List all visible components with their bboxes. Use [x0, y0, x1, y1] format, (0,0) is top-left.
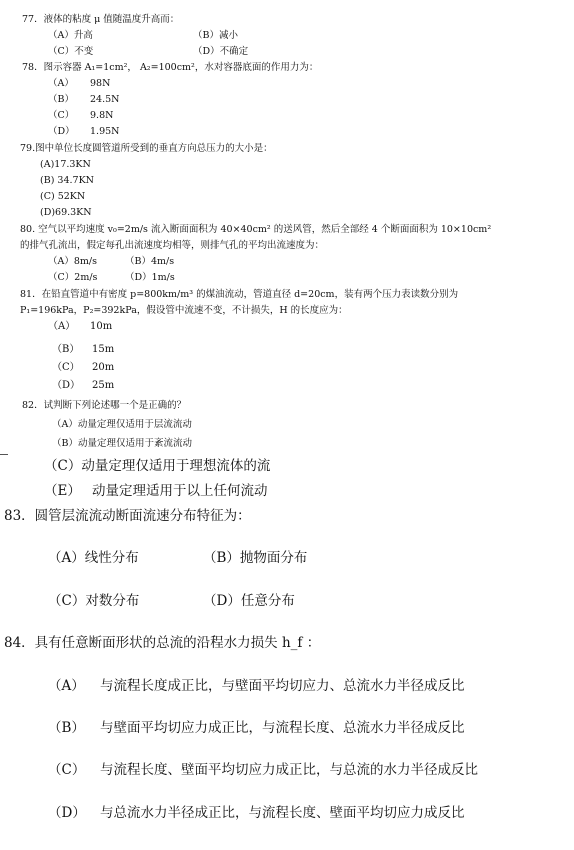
q77-option-b: （B）减小 [193, 31, 238, 41]
q84-option-b-label: （B） [48, 722, 85, 736]
q82-option-e-label: （E） [44, 485, 81, 499]
q78-option-b-label: （B） [48, 95, 74, 105]
q79-option-b: (B) 34.7KN [40, 176, 94, 186]
q82-stem: 82．试判断下列论述哪一个是正确的？ [22, 401, 186, 411]
q80-option-a: （A）8m/s [48, 257, 97, 267]
q83-option-b: （B）抛物面分布 [203, 552, 307, 566]
q78-stem: 78．图示容器 A₁=1cm²， A₂=100cm²，水对容器底面的作用力为： [22, 63, 318, 73]
q80-option-d: （D）1m/s [125, 273, 175, 283]
q82-option-c: （C）动量定理仅适用于理想流体的流 [44, 460, 270, 474]
q78-option-a: 98N [90, 79, 110, 89]
q84-option-d-label: （D） [48, 807, 86, 821]
q84-option-b: 与壁面平均切应力成正比，与流程长度、总流水力半径成反比 [100, 722, 465, 736]
q82-option-a: （A）动量定理仅适用于层流流动 [52, 420, 192, 430]
q81-option-b-label: （B） [52, 345, 79, 355]
q78-option-c-label: （C） [48, 111, 74, 121]
q84-option-a: 与流程长度成正比，与壁面平均切应力、总流水力半径成反比 [100, 680, 465, 694]
q79-option-c: (C) 52KN [40, 192, 85, 202]
q81-option-a: 10m [90, 322, 112, 332]
q80-stem-line1: 80. 空气以平均速度 v₀=2m/s 流入断面面积为 40×40cm² 的送风… [20, 225, 491, 235]
q83-option-c: （C）对数分布 [48, 595, 139, 609]
q81-option-b: 15m [92, 345, 114, 355]
q81-stem-line2: P₁=196kPa，P₂=392kPa，假设管中流速不变，不计损失，H 的长度应… [20, 306, 348, 316]
q81-option-a-label: （A） [48, 322, 75, 332]
q84-option-c: 与流程长度、壁面平均切应力成正比，与总流的水力半径成反比 [100, 764, 478, 778]
q80-stem-line2: 的排气孔流出，假定每孔出流速度均相等，则排气孔的平均出流速度为： [20, 241, 324, 251]
q84-option-d: 与总流水力半径成正比，与流程长度、壁面平均切应力成反比 [100, 807, 465, 821]
q84-option-c-label: （C） [48, 764, 85, 778]
q82-option-b: （B）动量定理仅适用于紊流流动 [52, 439, 192, 449]
q83-option-d: （D）任意分布 [203, 595, 295, 609]
q78-option-d: 1.95N [90, 127, 119, 137]
q78-option-a-label: （A） [48, 79, 74, 89]
q78-option-c: 9.8N [90, 111, 113, 121]
q81-option-c-label: （C） [52, 363, 80, 373]
q83-option-a: （A）线性分布 [48, 552, 139, 566]
q80-option-c: （C）2m/s [48, 273, 97, 283]
q84-stem: 84．具有任意断面形状的总流的沿程水力损失 h_f ： [4, 637, 320, 651]
q81-option-d-label: （D） [52, 381, 80, 391]
q81-option-d: 25m [92, 381, 114, 391]
q77-option-c: （C）不变 [48, 47, 93, 57]
q77-option-a: （A）升高 [48, 31, 93, 41]
q82-option-e: 动量定理适用于以上任何流动 [92, 485, 268, 499]
q79-option-a: (A)17.3KN [40, 160, 91, 170]
q79-stem: 79.图中单位长度圆管道所受到的垂直方向总压力的大小是： [20, 144, 273, 154]
q81-option-c: 20m [92, 363, 114, 373]
q77-stem: 77．液体的粘度 μ 值随温度升高而： [22, 15, 179, 25]
q79-option-d: (D)69.3KN [40, 208, 92, 218]
q81-stem-line1: 81．在铅直管道中有密度 p=800km/m³ 的煤油流动，管道直径 d=20c… [20, 290, 458, 300]
q84-option-a-label: （A） [48, 680, 85, 694]
q78-option-b: 24.5N [90, 95, 119, 105]
q78-option-d-label: （D） [48, 127, 75, 137]
margin-mark [0, 454, 8, 455]
q77-option-d: （D）不确定 [193, 47, 248, 57]
q80-option-b: （B）4m/s [125, 257, 174, 267]
q83-stem: 83．圆管层流流动断面流速分布特征为： [4, 510, 251, 524]
